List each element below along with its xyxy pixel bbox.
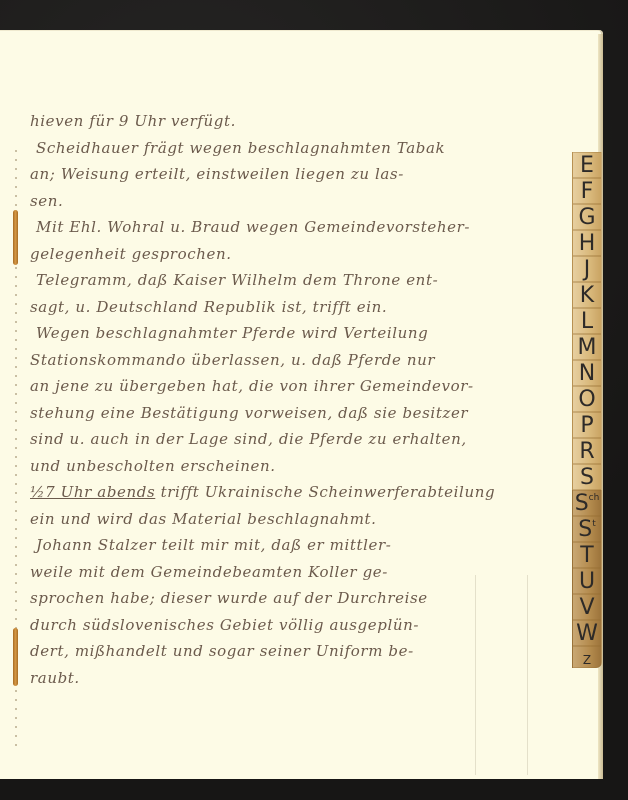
text-line: durch südslovenisches Gebiet völlig ausg…: [30, 612, 560, 639]
text-line: Johann Stalzer teilt mir mit, daß er mit…: [30, 532, 560, 559]
text-line: ein und wird das Material beschlagnahmt.: [30, 506, 560, 533]
index-tab-st[interactable]: St: [572, 516, 602, 542]
text-line: Wegen beschlagnahmter Pferde wird Vertei…: [30, 320, 560, 347]
text-line: Mit Ehl. Wohral u. Braud wegen Gemeindev…: [30, 214, 560, 241]
index-tab-l[interactable]: L: [572, 308, 602, 334]
text-line: dert, mißhandelt und sogar seiner Unifor…: [30, 638, 560, 665]
index-tab-o[interactable]: O: [572, 386, 602, 412]
index-tab-p[interactable]: P: [572, 412, 602, 438]
index-tab-n[interactable]: N: [572, 360, 602, 386]
binding-hole-bottom: [13, 628, 18, 686]
text-line: sprochen habe; dieser wurde auf der Durc…: [30, 585, 560, 612]
index-tab-u[interactable]: U: [572, 568, 602, 594]
text-line: Telegramm, daß Kaiser Wilhelm dem Throne…: [30, 267, 560, 294]
index-tab-w[interactable]: W: [572, 620, 602, 646]
text-line: raubt.: [30, 665, 560, 692]
index-tab-e[interactable]: E: [572, 152, 602, 178]
text-line: weile mit dem Gemeindebeamten Koller ge-: [30, 559, 560, 586]
index-tab-s[interactable]: S: [572, 464, 602, 490]
text-line: sind u. auch in der Lage sind, die Pferd…: [30, 426, 560, 453]
text-line: sen.: [30, 188, 560, 215]
alphabet-index-tabs: EFGHJKLMNOPRSSchStTUVWZ: [572, 152, 602, 668]
index-tab-m[interactable]: M: [572, 334, 602, 360]
text-line: Stationskommando überlassen, u. daß Pfer…: [30, 347, 560, 374]
text-line: an; Weisung erteilt, einstweilen liegen …: [30, 161, 560, 188]
text-line: hieven für 9 Uhr verfügt.: [30, 108, 560, 135]
index-tab-j[interactable]: J: [572, 256, 602, 282]
handwritten-text: hieven für 9 Uhr verfügt.Scheidhauer frä…: [30, 108, 560, 691]
text-line: ½7 Uhr abends trifft Ukrainische Scheinw…: [30, 479, 560, 506]
binding-hole-top: [13, 210, 18, 265]
index-tab-k[interactable]: K: [572, 282, 602, 308]
underlined-time: ½7 Uhr abends: [30, 483, 155, 501]
index-tab-g[interactable]: G: [572, 204, 602, 230]
index-tab-r[interactable]: R: [572, 438, 602, 464]
index-tab-f[interactable]: F: [572, 178, 602, 204]
index-tab-t[interactable]: T: [572, 542, 602, 568]
text-line: an jene zu übergeben hat, die von ihrer …: [30, 373, 560, 400]
text-line: stehung eine Bestätigung vorweisen, daß …: [30, 400, 560, 427]
index-tab-h[interactable]: H: [572, 230, 602, 256]
index-tab-sch[interactable]: Sch: [572, 490, 602, 516]
index-tab-z[interactable]: Z: [572, 646, 602, 668]
text-line: gelegenheit gesprochen.: [30, 241, 560, 268]
index-tab-v[interactable]: V: [572, 594, 602, 620]
text-line: und unbescholten erscheinen.: [30, 453, 560, 480]
text-line: sagt, u. Deutschland Republik ist, triff…: [30, 294, 560, 321]
text-line: Scheidhauer frägt wegen beschlagnahmten …: [30, 135, 560, 162]
